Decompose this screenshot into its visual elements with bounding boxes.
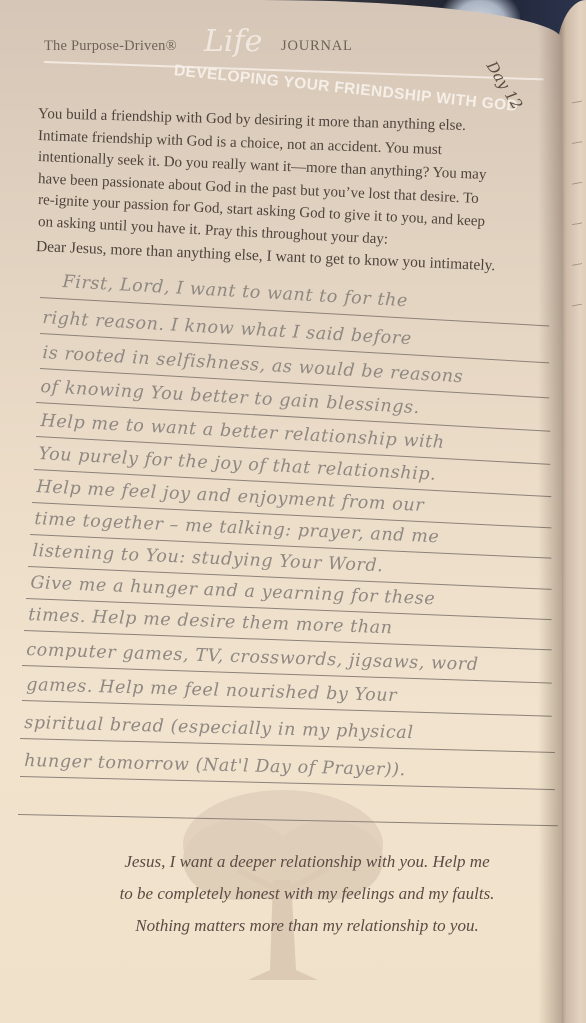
ruled-line	[20, 738, 555, 753]
ruled-line	[18, 814, 558, 826]
handwritten-line: listening to You: studying Your Word.	[32, 541, 384, 576]
closing-prayer-line: to be completely honest with my feelings…	[62, 878, 552, 910]
closing-prayer-line: Jesus, I want a deeper relationship with…	[62, 846, 552, 878]
handwritten-line: computer games, TV, crosswords, jigsaws,…	[26, 640, 479, 675]
journal-page: The Purpose-Driven® Life JOURNAL DEVELOP…	[0, 0, 562, 1023]
ruled-line	[20, 776, 555, 790]
adjacent-page-writing	[572, 80, 582, 340]
handwritten-line: Give me a hunger and a yearning for thes…	[30, 573, 436, 609]
handwritten-line: First, Lord, I want to want to for the	[62, 272, 408, 311]
handwritten-line: hunger tomorrow (Nat'l Day of Prayer)).	[24, 751, 406, 780]
handwritten-line: Help me feel joy and enjoyment from our	[36, 477, 425, 516]
closing-prayer-line: Nothing matters more than my relationshi…	[62, 910, 552, 942]
closing-prayer: Jesus, I want a deeper relationship with…	[62, 846, 552, 942]
handwritten-line: time together – me talking: prayer, and …	[34, 509, 440, 547]
